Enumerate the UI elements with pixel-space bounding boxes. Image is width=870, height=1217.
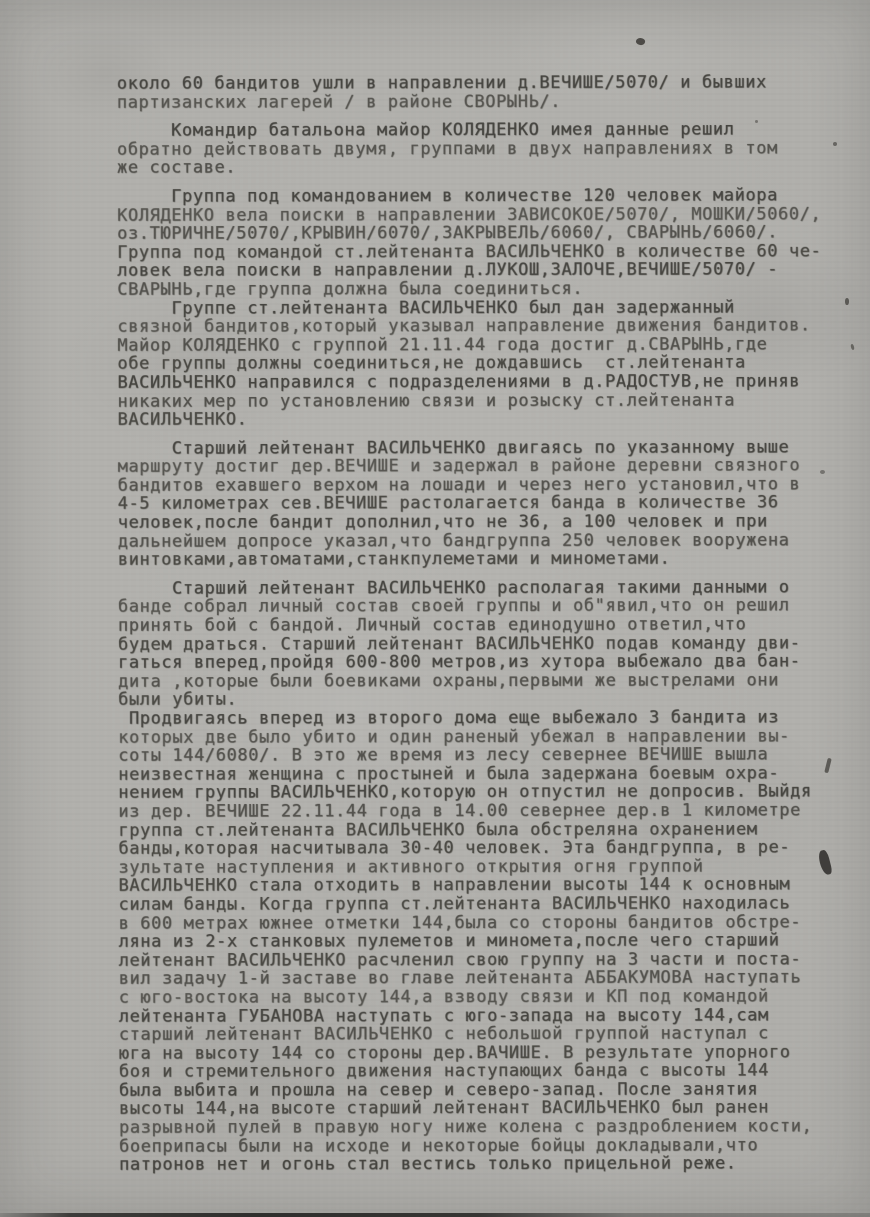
text-line: из дер. ВЕЧИШЕ 22.11.44 года в 14.00 сев… (118, 801, 860, 821)
text-line: банде собрал личный состав своей группы … (118, 597, 860, 617)
text-line: Продвигаясь вперед из второго дома еще в… (118, 708, 860, 728)
text-line: дальнейшем допросе указал,что бандгруппа… (118, 531, 860, 551)
text-line: обратно действовать двумя, группами в дв… (117, 139, 859, 159)
paragraph: Старший лейтенант ВАСИЛЬЧЕНКО располагая… (118, 578, 860, 710)
text-line: старший лейтенант ВАСИЛЬЧЕНКО с небольшо… (119, 1024, 861, 1044)
ink-blot (635, 37, 646, 46)
paragraph: около 60 бандитов ушли в направлении д.В… (117, 73, 859, 112)
text-line: около 60 бандитов ушли в направлении д.В… (117, 73, 859, 93)
text-line: принять бой с бандой. Личный состав един… (118, 615, 860, 635)
document-text: около 60 бандитов ушли в направлении д.В… (117, 73, 861, 1174)
text-line: патронов нет и огонь стал вестись только… (119, 1154, 861, 1174)
text-line: Группа под командованием в количестве 12… (117, 186, 859, 206)
text-line: партизанских лагерей / в районе СВОРЫНЬ/… (117, 92, 859, 112)
text-line: никаких мер по установлению связи и розы… (118, 391, 860, 411)
text-line: дита ,которые были боевиками охраны,перв… (118, 671, 860, 691)
paragraph: Группе ст.лейтенанта ВАСИЛЬЧЕНКО был дан… (117, 298, 859, 430)
text-line: ловек вела поиски в направлении д.ЛУКОШ,… (117, 261, 859, 281)
paragraph: Командир батальона майор КОЛЯДЕНКО имея … (117, 120, 859, 177)
text-line: банды,которая насчитывала 30-40 человек.… (118, 838, 860, 858)
text-line: же составе. (117, 158, 859, 178)
scanned-document-page: около 60 бандитов ушли в направлении д.В… (0, 0, 870, 1217)
scan-edge-shadow (0, 1213, 870, 1217)
text-line: силам банды. Когда группа ст.лейтенанта … (119, 894, 861, 914)
paragraph: Старший лейтенант ВАСИЛЬЧЕНКО двигаясь п… (118, 438, 860, 570)
paragraph: Продвигаясь вперед из второго дома еще в… (118, 708, 861, 1174)
text-line: винтовками,автоматами,станкпулеметами и … (118, 549, 860, 569)
paragraph: Группа под командованием в количестве 12… (117, 186, 859, 299)
text-line: человек,после бандит дополнил,что не 36,… (118, 512, 860, 532)
text-line: разрывной пулей в правую ногу ниже колен… (119, 1117, 861, 1137)
text-line: ВАСИЛЬЧЕНКО направился с подразделениями… (117, 372, 859, 392)
text-line: СВАРЫНЬ,где группа должна была соединить… (117, 279, 859, 299)
text-line: ВАСИЛЬЧЕНКО. (118, 409, 860, 429)
text-line: с юго-востока на высоту 144,а взводу свя… (119, 987, 861, 1007)
